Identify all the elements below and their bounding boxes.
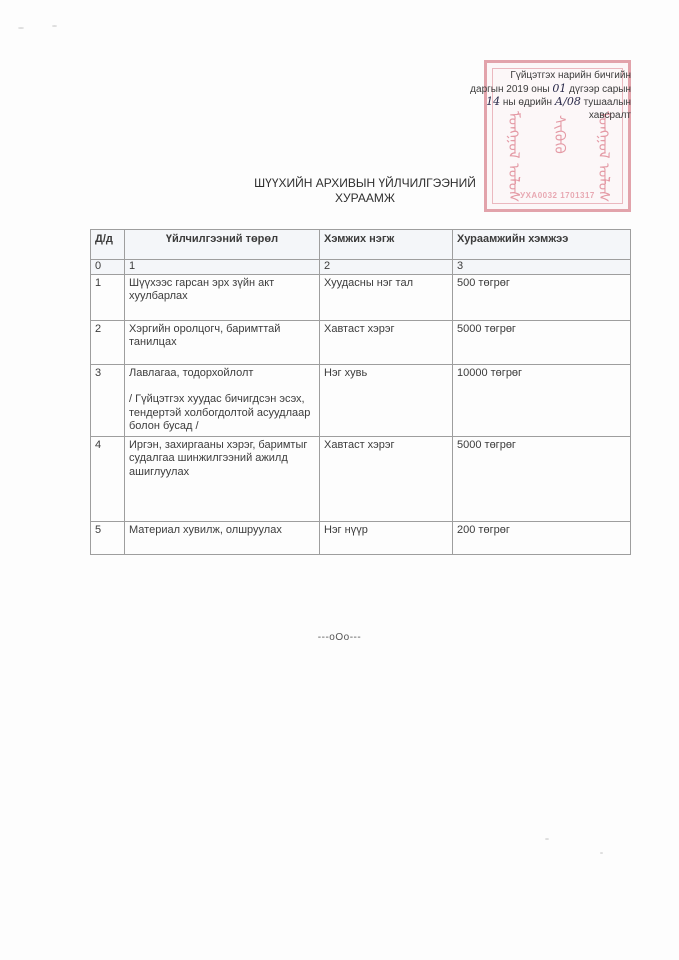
row-service-note: / Гүйцэтгэх хуудас бичигдсэн эсэх, тенде… xyxy=(129,393,315,434)
index-cell: 2 xyxy=(320,260,453,275)
header-unit: Хэмжих нэгж xyxy=(320,230,453,260)
index-cell: 1 xyxy=(125,260,320,275)
fee-table: Д/д Үйлчилгээний төрөл Хэмжих нэгж Хураа… xyxy=(90,229,631,555)
handwritten-month: 01 xyxy=(552,82,566,95)
annotation-line-3: 14 ны өдрийн А/08 тушаалын xyxy=(391,96,631,110)
row-unit: Хуудасны нэг тал xyxy=(320,274,453,320)
scan-speck xyxy=(545,838,549,840)
row-service: Иргэн, захиргааны хэрэг, баримтыг судалг… xyxy=(125,436,320,521)
handwritten-order-number: А/08 xyxy=(555,95,581,108)
row-number: 2 xyxy=(91,320,125,364)
header-fee-amount: Хураамжийн хэмжээ xyxy=(453,230,631,260)
row-number: 1 xyxy=(91,274,125,320)
scan-speck xyxy=(52,25,57,27)
row-service: Материал хувилж, олшруулах xyxy=(125,521,320,554)
table-row: 2 Хэргийн оролцогч, баримттай танилцах Х… xyxy=(91,320,631,364)
row-unit: Нэг хувь xyxy=(320,364,453,436)
annotation-line-1: Гүйцэтгэх нарийн бичгийн xyxy=(391,70,631,83)
table-header-row: Д/д Үйлчилгээний төрөл Хэмжих нэгж Хураа… xyxy=(91,230,631,260)
header-number: Д/д xyxy=(91,230,125,260)
row-number: 5 xyxy=(91,521,125,554)
table-row: 3 Лавлагаа, тодорхойлолт / Гүйцэтгэх хуу… xyxy=(91,364,631,436)
header-service-type: Үйлчилгээний төрөл xyxy=(125,230,320,260)
annotation-line-2: даргын 2019 оны 01 дүгээр сарын xyxy=(391,83,631,97)
table-row: 5 Материал хувилж, олшруулах Нэг нүүр 20… xyxy=(91,521,631,554)
document-page: ᠮᠣᠩᠭᠣᠯ ᠤᠯᠤᠰ ᠱᠢᠭᠦᠬᠦ ᠮᠣᠩᠭᠣᠯ ᠤᠯᠤᠰ УХА0032 1… xyxy=(0,0,679,960)
row-fee: 5000 төгрөг xyxy=(453,320,631,364)
row-fee: 10000 төгрөг xyxy=(453,364,631,436)
title-line-1: ШҮҮХИЙН АРХИВЫН ҮЙЛЧИЛГЭЭНИЙ xyxy=(180,176,550,191)
row-fee: 200 төгрөг xyxy=(453,521,631,554)
row-number: 4 xyxy=(91,436,125,521)
row-service: Хэргийн оролцогч, баримттай танилцах xyxy=(125,320,320,364)
row-service: Лавлагаа, тодорхойлолт xyxy=(129,367,253,379)
index-cell: 3 xyxy=(453,260,631,275)
index-cell: 0 xyxy=(91,260,125,275)
document-title: ШҮҮХИЙН АРХИВЫН ҮЙЛЧИЛГЭЭНИЙ ХУРААМЖ xyxy=(180,176,550,206)
row-number: 3 xyxy=(91,364,125,436)
annotation-line-4: хавсралт xyxy=(391,110,631,123)
table-row: 4 Иргэн, захиргааны хэрэг, баримтыг суда… xyxy=(91,436,631,521)
row-service: Шүүхээс гарсан эрх зүйн акт хуулбарлах xyxy=(125,274,320,320)
table-row: 1 Шүүхээс гарсан эрх зүйн акт хуулбарлах… xyxy=(91,274,631,320)
row-service-cell: Лавлагаа, тодорхойлолт / Гүйцэтгэх хууда… xyxy=(125,364,320,436)
stamp-mongol-script-right: ᠮᠣᠩᠭᠣᠯ ᠤᠯᠤᠰ xyxy=(591,111,617,202)
order-annotation: Гүйцэтгэх нарийн бичгийн даргын 2019 оны… xyxy=(391,70,631,122)
row-unit: Хавтаст хэрэг xyxy=(320,436,453,521)
row-fee: 5000 төгрөг xyxy=(453,436,631,521)
scan-speck xyxy=(600,852,603,854)
scan-speck xyxy=(18,27,24,29)
handwritten-day: 14 xyxy=(486,95,500,108)
row-unit: Хавтаст хэрэг xyxy=(320,320,453,364)
title-line-2: ХУРААМЖ xyxy=(180,191,550,206)
end-of-document-mark: ---oOo--- xyxy=(0,632,679,643)
row-fee: 500 төгрөг xyxy=(453,274,631,320)
row-unit: Нэг нүүр xyxy=(320,521,453,554)
table-index-row: 0 1 2 3 xyxy=(91,260,631,275)
